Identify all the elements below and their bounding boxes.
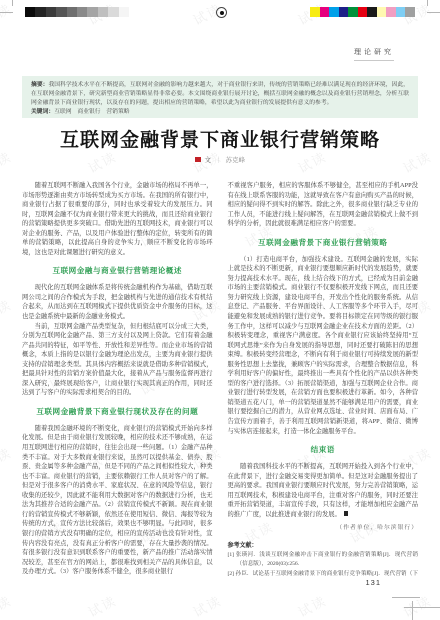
abstract-body: 我国科学技术水平在不断提高，互联网对金融的影响力越来越大，对于商业银行来讲，传统… bbox=[31, 82, 409, 106]
calibration-cell bbox=[339, 7, 349, 17]
paragraph-intro: 随着互联网不断融入我国各个行业，金融市场的格局不再单一，市场形势逐渐由卖方市场转… bbox=[22, 181, 213, 257]
crop-mark bbox=[392, 597, 420, 598]
crop-mark bbox=[427, 12, 440, 13]
calibration-cell bbox=[98, 7, 108, 17]
paragraph-conclusion: 随着我国科技水平的不断提高，互联网开始投入到各个行业中，在此背景下，进行金融交易… bbox=[228, 462, 419, 519]
abstract-box: 摘要：我国科学技术水平在不断提高，互联网对金融的影响力越来越大，对于商业银行来讲… bbox=[22, 76, 418, 118]
calibration-cell bbox=[35, 7, 45, 17]
calibration-cell bbox=[46, 7, 56, 17]
watermark-text: 试读 bbox=[399, 590, 434, 620]
crop-mark bbox=[404, 607, 440, 608]
author-affiliation: （作者单位，哈尔滨银行） bbox=[228, 522, 419, 531]
section-heading-conclusion: 结束语 bbox=[228, 444, 419, 455]
left-column: 随着互联网不断融入我国各个行业，金融市场的格局不再单一，市场形势逐渐由卖方市场转… bbox=[22, 181, 213, 576]
crop-mark bbox=[412, 601, 413, 620]
calibration-cell bbox=[348, 7, 358, 17]
reference-item: [2] 孙臣．试论基于互联网金融背景下的商业银行竞争策略[J]．现代营销（下旬刊… bbox=[228, 570, 419, 576]
grayscale-calibration-bar bbox=[25, 7, 129, 17]
abstract-text: 摘要：我国科学技术水平在不断提高，互联网对金融的影响力越来越大，对于商业银行来讲… bbox=[31, 81, 409, 108]
crop-mark bbox=[427, 0, 428, 6]
abstract-label: 摘要： bbox=[31, 82, 48, 88]
calibration-cell bbox=[358, 7, 368, 17]
references-label: 参考文献： bbox=[228, 540, 419, 549]
watermark-text: 试读 bbox=[189, 590, 224, 620]
watermark-text: 试读 bbox=[84, 590, 119, 620]
section-heading-problems: 互联网金融背景下商业银行现状及存在的问题 bbox=[22, 406, 213, 417]
calibration-cell bbox=[386, 7, 396, 17]
watermark-text: 试读 bbox=[294, 590, 329, 620]
crop-mark bbox=[12, 0, 13, 6]
byline-prefix: 文 bbox=[205, 155, 212, 164]
byline: 文 ｜ 苏克峰 bbox=[0, 155, 440, 164]
calibration-cell bbox=[108, 7, 118, 17]
paragraph: 现代化的互联网金融体系是将传统金融机构作为基础，借助互联网公司之间的合作模式为手… bbox=[22, 283, 213, 321]
author-name: 苏克峰 bbox=[226, 155, 246, 164]
article-end-mark-icon bbox=[344, 511, 349, 516]
keywords-line: 关键词：互联网 商业银行 营销策略 bbox=[31, 108, 409, 117]
paragraph: 当前，互联网金融产品类型复杂，但归根结底可以分成三大类，分别为互联网化金融产品、… bbox=[22, 322, 213, 398]
reference-item: [1] 张瑛河．浅谈互联网金融冲击下商业银行的金融营销策略[J]．现代营销（信息… bbox=[228, 551, 419, 569]
keywords-label: 关键词： bbox=[31, 109, 54, 115]
keywords-text: 互联网 商业银行 营销策略 bbox=[54, 109, 129, 115]
crop-mark bbox=[0, 12, 13, 13]
magazine-page: 试读试读试读试读试读试读试读试读试读试读试读试读试读试读试读试读试读试读试读试读… bbox=[0, 0, 440, 620]
calibration-cell bbox=[310, 7, 320, 17]
category-label: 理论研究 bbox=[354, 47, 394, 61]
calibration-cell bbox=[320, 7, 330, 17]
article-title: 互联网金融背景下商业银行营销策略 bbox=[0, 125, 440, 152]
conclusion-text: 随着我国科技水平的不断提高，互联网开始投入到各个行业中，在此背景下，进行金融交易… bbox=[228, 463, 419, 518]
section-heading-overview: 互联网金融与商业银行营销理论概述 bbox=[22, 265, 213, 276]
calibration-cell bbox=[405, 7, 415, 17]
calibration-cell bbox=[377, 7, 387, 17]
paragraph-continuation: 不重视客户服务，相应的客服体系不够健全，甚至相应的手机APP没有在线上联系客服的… bbox=[228, 181, 419, 229]
calibration-cell bbox=[25, 7, 35, 17]
right-column: 不重视客户服务，相应的客服体系不够健全，甚至相应的手机APP没有在线上联系客服的… bbox=[228, 181, 419, 576]
byline-separator: ｜ bbox=[215, 155, 222, 164]
paragraph: 随着我国金融环境的不断变化，商业银行的营销模式开始向多样化发展。但是由于商业银行… bbox=[22, 424, 213, 576]
calibration-cell bbox=[119, 7, 129, 17]
calibration-cell bbox=[77, 7, 87, 17]
calibration-cell bbox=[56, 7, 66, 17]
watermark-text: 试读 bbox=[0, 442, 15, 473]
watermark-text: 试读 bbox=[0, 294, 15, 325]
watermark-text: 试读 bbox=[0, 590, 15, 620]
calibration-cell bbox=[396, 7, 406, 17]
color-calibration-bar bbox=[310, 7, 415, 17]
registration-mark-icon bbox=[216, 7, 227, 18]
paragraph: （1）打造电商平台，加强技术建设。互联网金融的发展，实际上就是技术的不断更新，商… bbox=[228, 255, 419, 436]
section-heading-strategies: 互联网金融背景下商业银行营销策略 bbox=[228, 237, 419, 248]
article-body: 随着互联网不断融入我国各个行业，金融市场的格局不再单一，市场形势逐渐由卖方市场转… bbox=[22, 181, 418, 576]
calibration-cell bbox=[329, 7, 339, 17]
page-number: 131 bbox=[365, 578, 381, 587]
calibration-cell bbox=[87, 7, 97, 17]
calibration-cell bbox=[67, 7, 77, 17]
registration-dot bbox=[220, 11, 224, 15]
byline-square-icon bbox=[195, 157, 201, 163]
calibration-cell bbox=[367, 7, 377, 17]
